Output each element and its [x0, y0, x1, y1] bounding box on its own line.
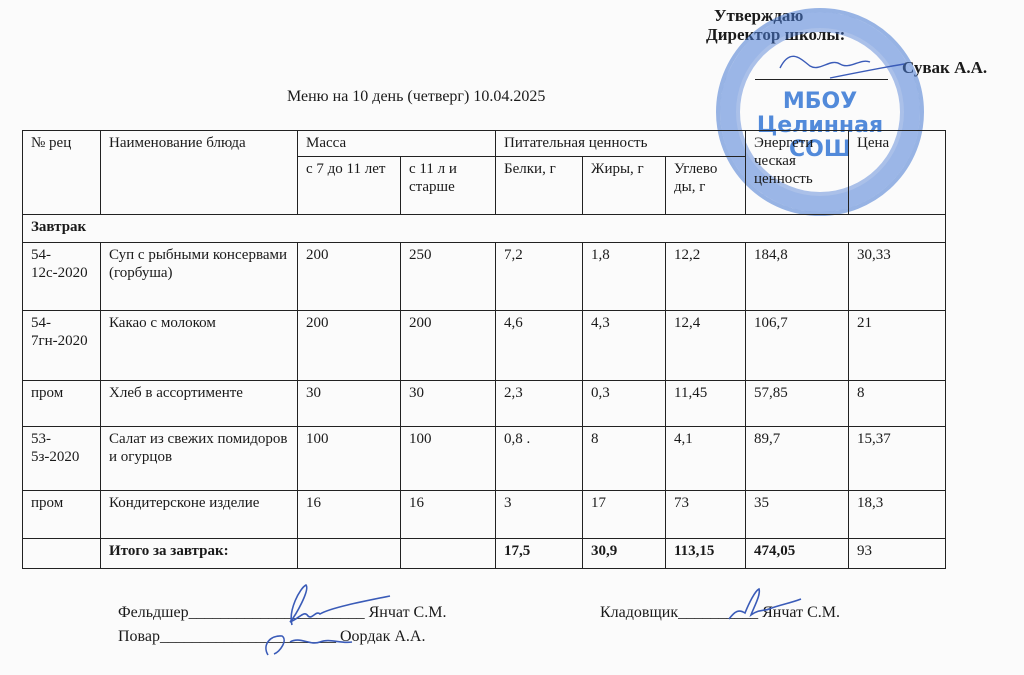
- medic-signature-line: ______________________: [189, 604, 365, 621]
- header-fats: Жиры, г: [583, 157, 666, 215]
- cell-carbs: 4,1: [666, 427, 746, 491]
- cell-energy: 106,7: [746, 311, 849, 381]
- total-m2: [401, 539, 496, 569]
- medic-handwritten-signature: [260, 580, 420, 670]
- cell-fats: 1,8: [583, 243, 666, 311]
- cell-proteins: 4,6: [496, 311, 583, 381]
- total-label: Итого за завтрак:: [101, 539, 298, 569]
- cook-signature: Повар______________________ Оордак А.А.: [118, 628, 425, 646]
- table-row: 54-12с-2020Суп с рыбными консервами (гор…: [23, 243, 946, 311]
- cell-price: 8: [849, 381, 946, 427]
- cell-carbs: 73: [666, 491, 746, 539]
- cell-proteins: 7,2: [496, 243, 583, 311]
- medic-role: Фельдшер: [118, 604, 189, 621]
- cell-mass-7-11: 200: [298, 243, 401, 311]
- cell-fats: 0,3: [583, 381, 666, 427]
- page-title: Меню на 10 день (четверг) 10.04.2025: [287, 88, 545, 106]
- cell-rec: пром: [23, 381, 101, 427]
- cook-signature-line: ______________________: [160, 628, 336, 645]
- cell-mass-11-plus: 250: [401, 243, 496, 311]
- cell-mass-7-11: 16: [298, 491, 401, 539]
- cell-proteins: 2,3: [496, 381, 583, 427]
- section-breakfast: Завтрак: [23, 215, 946, 243]
- cell-mass-11-plus: 16: [401, 491, 496, 539]
- table-row: 53-5з-2020Салат из свежих помидоров и ог…: [23, 427, 946, 491]
- approval-signer: Сувак А.А.: [902, 58, 987, 77]
- cell-mass-11-plus: 200: [401, 311, 496, 381]
- medic-signature: Фельдшер______________________ Янчат С.М…: [118, 604, 446, 622]
- approval-signature-line: [755, 79, 888, 80]
- cell-name: Какао с молоком: [101, 311, 298, 381]
- cell-fats: 4,3: [583, 311, 666, 381]
- cell-energy: 35: [746, 491, 849, 539]
- cell-mass-7-11: 200: [298, 311, 401, 381]
- cell-price: 18,3: [849, 491, 946, 539]
- cell-rec: 54-12с-2020: [23, 243, 101, 311]
- storekeeper-signature: Кладовщик__________ Янчат С.М.: [600, 604, 840, 622]
- cell-name: Хлеб в ассортименте: [101, 381, 298, 427]
- cell-energy: 184,8: [746, 243, 849, 311]
- menu-table: № рец Наименование блюда Масса Питательн…: [22, 130, 946, 569]
- cell-mass-11-plus: 100: [401, 427, 496, 491]
- total-row: Итого за завтрак: 17,5 30,9 113,15 474,0…: [23, 539, 946, 569]
- cell-rec: пром: [23, 491, 101, 539]
- total-rec: [23, 539, 101, 569]
- cell-energy: 89,7: [746, 427, 849, 491]
- header-rec-no: № рец: [23, 131, 101, 215]
- cell-name: Салат из свежих помидоров и огурцов: [101, 427, 298, 491]
- stamp-line-1: МБОУ: [720, 90, 920, 114]
- cell-fats: 8: [583, 427, 666, 491]
- cell-carbs: 12,2: [666, 243, 746, 311]
- total-proteins: 17,5: [496, 539, 583, 569]
- total-fats: 30,9: [583, 539, 666, 569]
- header-mass: Масса: [298, 131, 496, 157]
- total-carbs: 113,15: [666, 539, 746, 569]
- header-dish-name: Наименование блюда: [101, 131, 298, 215]
- cell-price: 15,37: [849, 427, 946, 491]
- header-carbs: Углево ды, г: [666, 157, 746, 215]
- approval-heading: Утверждаю: [706, 6, 845, 25]
- medic-name: Янчат С.М.: [369, 604, 447, 621]
- header-row: № рец Наименование блюда Масса Питательн…: [23, 131, 946, 157]
- cell-carbs: 11,45: [666, 381, 746, 427]
- header-energy: Энергети ческая ценность: [746, 131, 849, 215]
- cook-role: Повар: [118, 628, 160, 645]
- section-row: Завтрак: [23, 215, 946, 243]
- cell-proteins: 0,8 .: [496, 427, 583, 491]
- storekeeper-role: Кладовщик: [600, 604, 678, 621]
- cell-fats: 17: [583, 491, 666, 539]
- cell-mass-7-11: 30: [298, 381, 401, 427]
- cell-price: 21: [849, 311, 946, 381]
- header-nutrition: Питательная ценность: [496, 131, 746, 157]
- cell-energy: 57,85: [746, 381, 849, 427]
- cell-mass-11-plus: 30: [401, 381, 496, 427]
- header-mass-7-11: с 7 до 11 лет: [298, 157, 401, 215]
- storekeeper-signature-line: __________: [678, 604, 758, 621]
- cell-carbs: 12,4: [666, 311, 746, 381]
- approval-block: Утверждаю Директор школы: Сувак А.А.: [706, 6, 845, 44]
- cell-name: Суп с рыбными консервами (горбуша): [101, 243, 298, 311]
- storekeeper-name: Янчат С.М.: [762, 604, 840, 621]
- cell-price: 30,33: [849, 243, 946, 311]
- table-row: 54-7гн-2020Какао с молоком2002004,64,312…: [23, 311, 946, 381]
- cell-proteins: 3: [496, 491, 583, 539]
- total-m1: [298, 539, 401, 569]
- table-row: промКондитерсконе изделие1616317733518,3: [23, 491, 946, 539]
- cell-mass-7-11: 100: [298, 427, 401, 491]
- table-row: промХлеб в ассортименте30302,30,311,4557…: [23, 381, 946, 427]
- header-proteins: Белки, г: [496, 157, 583, 215]
- cell-name: Кондитерсконе изделие: [101, 491, 298, 539]
- header-mass-11-plus: с 11 л и старше: [401, 157, 496, 215]
- header-price: Цена: [849, 131, 946, 215]
- approval-position: Директор школы:: [706, 25, 845, 44]
- total-energy: 474,05: [746, 539, 849, 569]
- total-price: 93: [849, 539, 946, 569]
- cell-rec: 54-7гн-2020: [23, 311, 101, 381]
- cook-name: Оордак А.А.: [340, 628, 425, 645]
- cell-rec: 53-5з-2020: [23, 427, 101, 491]
